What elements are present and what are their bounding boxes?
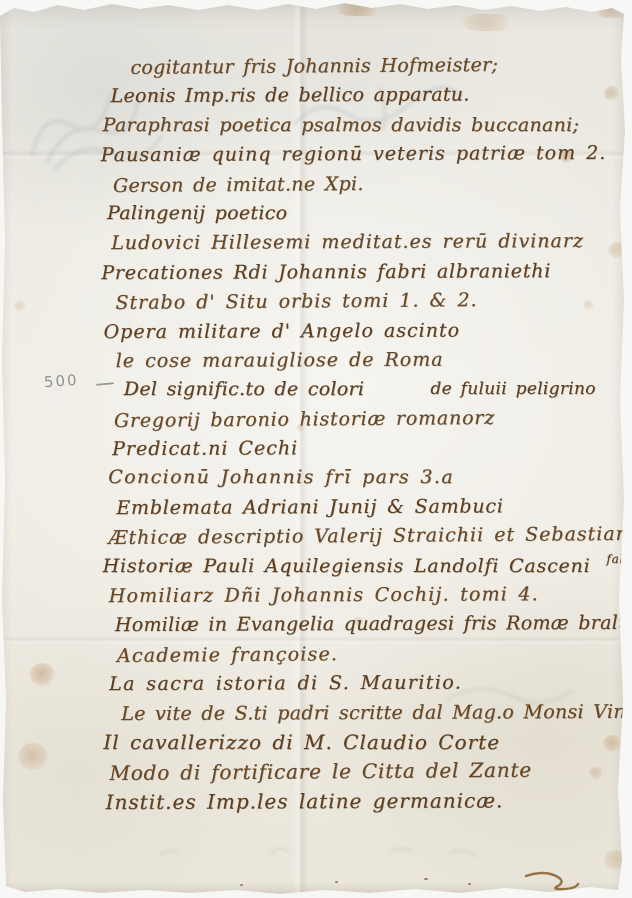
line-text: Academie françoise.	[117, 643, 338, 667]
line-text: Historiæ Pauli Aquilegiensis Landolfi Ca…	[103, 555, 591, 577]
foxing-stain	[336, 3, 382, 16]
manuscript-line: Homiliarz Dñi Johannis Cochij. tomi 4.	[99, 580, 629, 612]
line-text: Precationes Rdi Johannis fabri albraniet…	[101, 260, 551, 284]
line-text: Strabo d' Situ orbis tomi 1. & 2.	[115, 289, 477, 314]
manuscript-line: Le vite de S.ti padri scritte dal Mag.o …	[99, 697, 629, 729]
bleedthrough-ghost-writing	[150, 838, 480, 868]
manuscript-line: Opera militare d' Angelo ascinto	[97, 315, 627, 347]
manuscript-line: Pausaniæ quinq regionū veteris patriæ to…	[97, 139, 627, 171]
manuscript-line: Del signific.to de colori de fuluii peli…	[98, 375, 596, 404]
foxing-stain	[14, 300, 26, 312]
manuscript-line: Academie françoise.	[99, 638, 629, 672]
foxing-stain	[460, 14, 516, 31]
line-text: le cose marauigliose de Roma	[116, 349, 444, 372]
line-text: Il cavallerizzo di M. Claudio Corte	[103, 730, 500, 754]
manuscript-line: Modo di fortificare le Citta del Zante	[99, 755, 629, 789]
ink-speck	[468, 883, 471, 885]
manuscript-line: Il cavallerizzo di M. Claudio Corte	[99, 728, 629, 757]
foxing-stain	[18, 743, 49, 770]
line-text: Pausaniæ quinq regionū veteris patriæ to…	[101, 142, 607, 166]
line-text: Opera militare d' Angelo ascinto	[104, 319, 461, 343]
manuscript-line: cogitantur fris Johannis Hofmeister;	[96, 50, 626, 84]
ink-speck	[335, 881, 338, 883]
interlinear-insertion: fabij	[606, 545, 632, 574]
line-text: Paraphrasi poetica psalmos davidis bucca…	[103, 114, 580, 136]
manuscript-line: Paraphrasi poetica psalmos davidis bucca…	[97, 111, 627, 140]
line-text: Concionū Johannis frī pars 3.a	[108, 466, 454, 488]
line-text: Leonis Imp.ris de bellico apparatu.	[110, 84, 469, 108]
line-text: Homiliæ in Evangelia quadragesi fris Rom…	[115, 612, 632, 636]
line-text: cogitantur fris Johannis Hofmeister;	[130, 54, 498, 79]
manuscript-line: Instit.es Imp.les latine germanicæ.	[100, 786, 630, 818]
manuscript-line: Gregorij baronio historiæ romanorz	[98, 403, 628, 437]
manuscript-page: cogitantur fris Johannis Hofmeister; Leo…	[0, 0, 632, 898]
manuscript-line: Homiliæ in Evangelia quadragesi fris Rom…	[99, 609, 629, 641]
manuscript-line: Ludovici Hillesemi meditat.es rerū divin…	[97, 227, 627, 259]
manuscript-line: Historiæ Pauli Aquilegiensis Landolfi Ca…	[99, 552, 629, 581]
manuscript-line: La sacra istoria di S. Mauritio.	[99, 668, 629, 700]
foxing-stain	[30, 663, 55, 686]
line-text: Gregorij baronio historiæ romanorz	[114, 407, 495, 432]
paper-left-shading	[0, 0, 12, 898]
line-text: Le vite de S.ti padri scritte dal Mag.o …	[121, 700, 632, 724]
line-text: Predicat.ni Cechi	[112, 437, 298, 460]
manuscript-line: Gerson de imitat.ne Xpi.	[97, 167, 627, 201]
line-text: Homiliarz Dñi Johannis Cochij. tomi 4.	[109, 583, 539, 607]
line-text: Del signific.to de colori	[124, 375, 365, 404]
line-text: Gerson de imitat.ne Xpi.	[113, 173, 364, 197]
ink-flourish	[522, 868, 582, 894]
scanned-manuscript: cogitantur fris Johannis Hofmeister; Leo…	[0, 0, 632, 898]
line-text: Ludovici Hillesemi meditat.es rerū divin…	[111, 230, 584, 254]
paper-top-shading	[0, 0, 632, 30]
manuscript-line: Emblemata Adriani Junij & Sambuci	[98, 492, 628, 524]
manuscript-line: Strabo d' Situ orbis tomi 1. & 2.	[97, 285, 627, 319]
manuscript-line: Concionū Johannis frī pars 3.a	[98, 463, 628, 492]
manuscript-line: Predicat.ni Cechi	[98, 433, 628, 465]
line-text: Modo di fortificare le Citta del Zante	[109, 758, 532, 785]
line-text: Emblemata Adriani Junij & Sambuci	[116, 495, 503, 519]
ink-speck	[240, 884, 243, 886]
foxing-stain	[596, 5, 628, 18]
pencil-margin-note: 500	[43, 371, 79, 391]
manuscript-line: Æthicæ descriptio Valerij Straichii et S…	[98, 520, 628, 554]
line-text: Palingenij poetico	[107, 202, 287, 224]
line-right-note: de fuluii peligrino	[430, 375, 595, 404]
manuscript-line: Leonis Imp.ris de bellico apparatu.	[96, 80, 626, 112]
manuscript-line: Precationes Rdi Johannis fabri albraniet…	[97, 257, 627, 289]
manuscript-line: le cose marauigliose de Roma	[98, 345, 628, 377]
foxing-stain	[604, 850, 628, 870]
line-text: Instit.es Imp.les latine germanicæ.	[106, 788, 504, 814]
ink-speck	[424, 878, 428, 880]
line-text: Æthicæ descriptio Valerij Straichii et S…	[108, 523, 632, 549]
handwritten-text-block: cogitantur fris Johannis Hofmeister; Leo…	[96, 51, 629, 817]
manuscript-line: Palingenij poetico	[97, 199, 627, 228]
line-text: La sacra istoria di S. Mauritio.	[109, 672, 462, 696]
